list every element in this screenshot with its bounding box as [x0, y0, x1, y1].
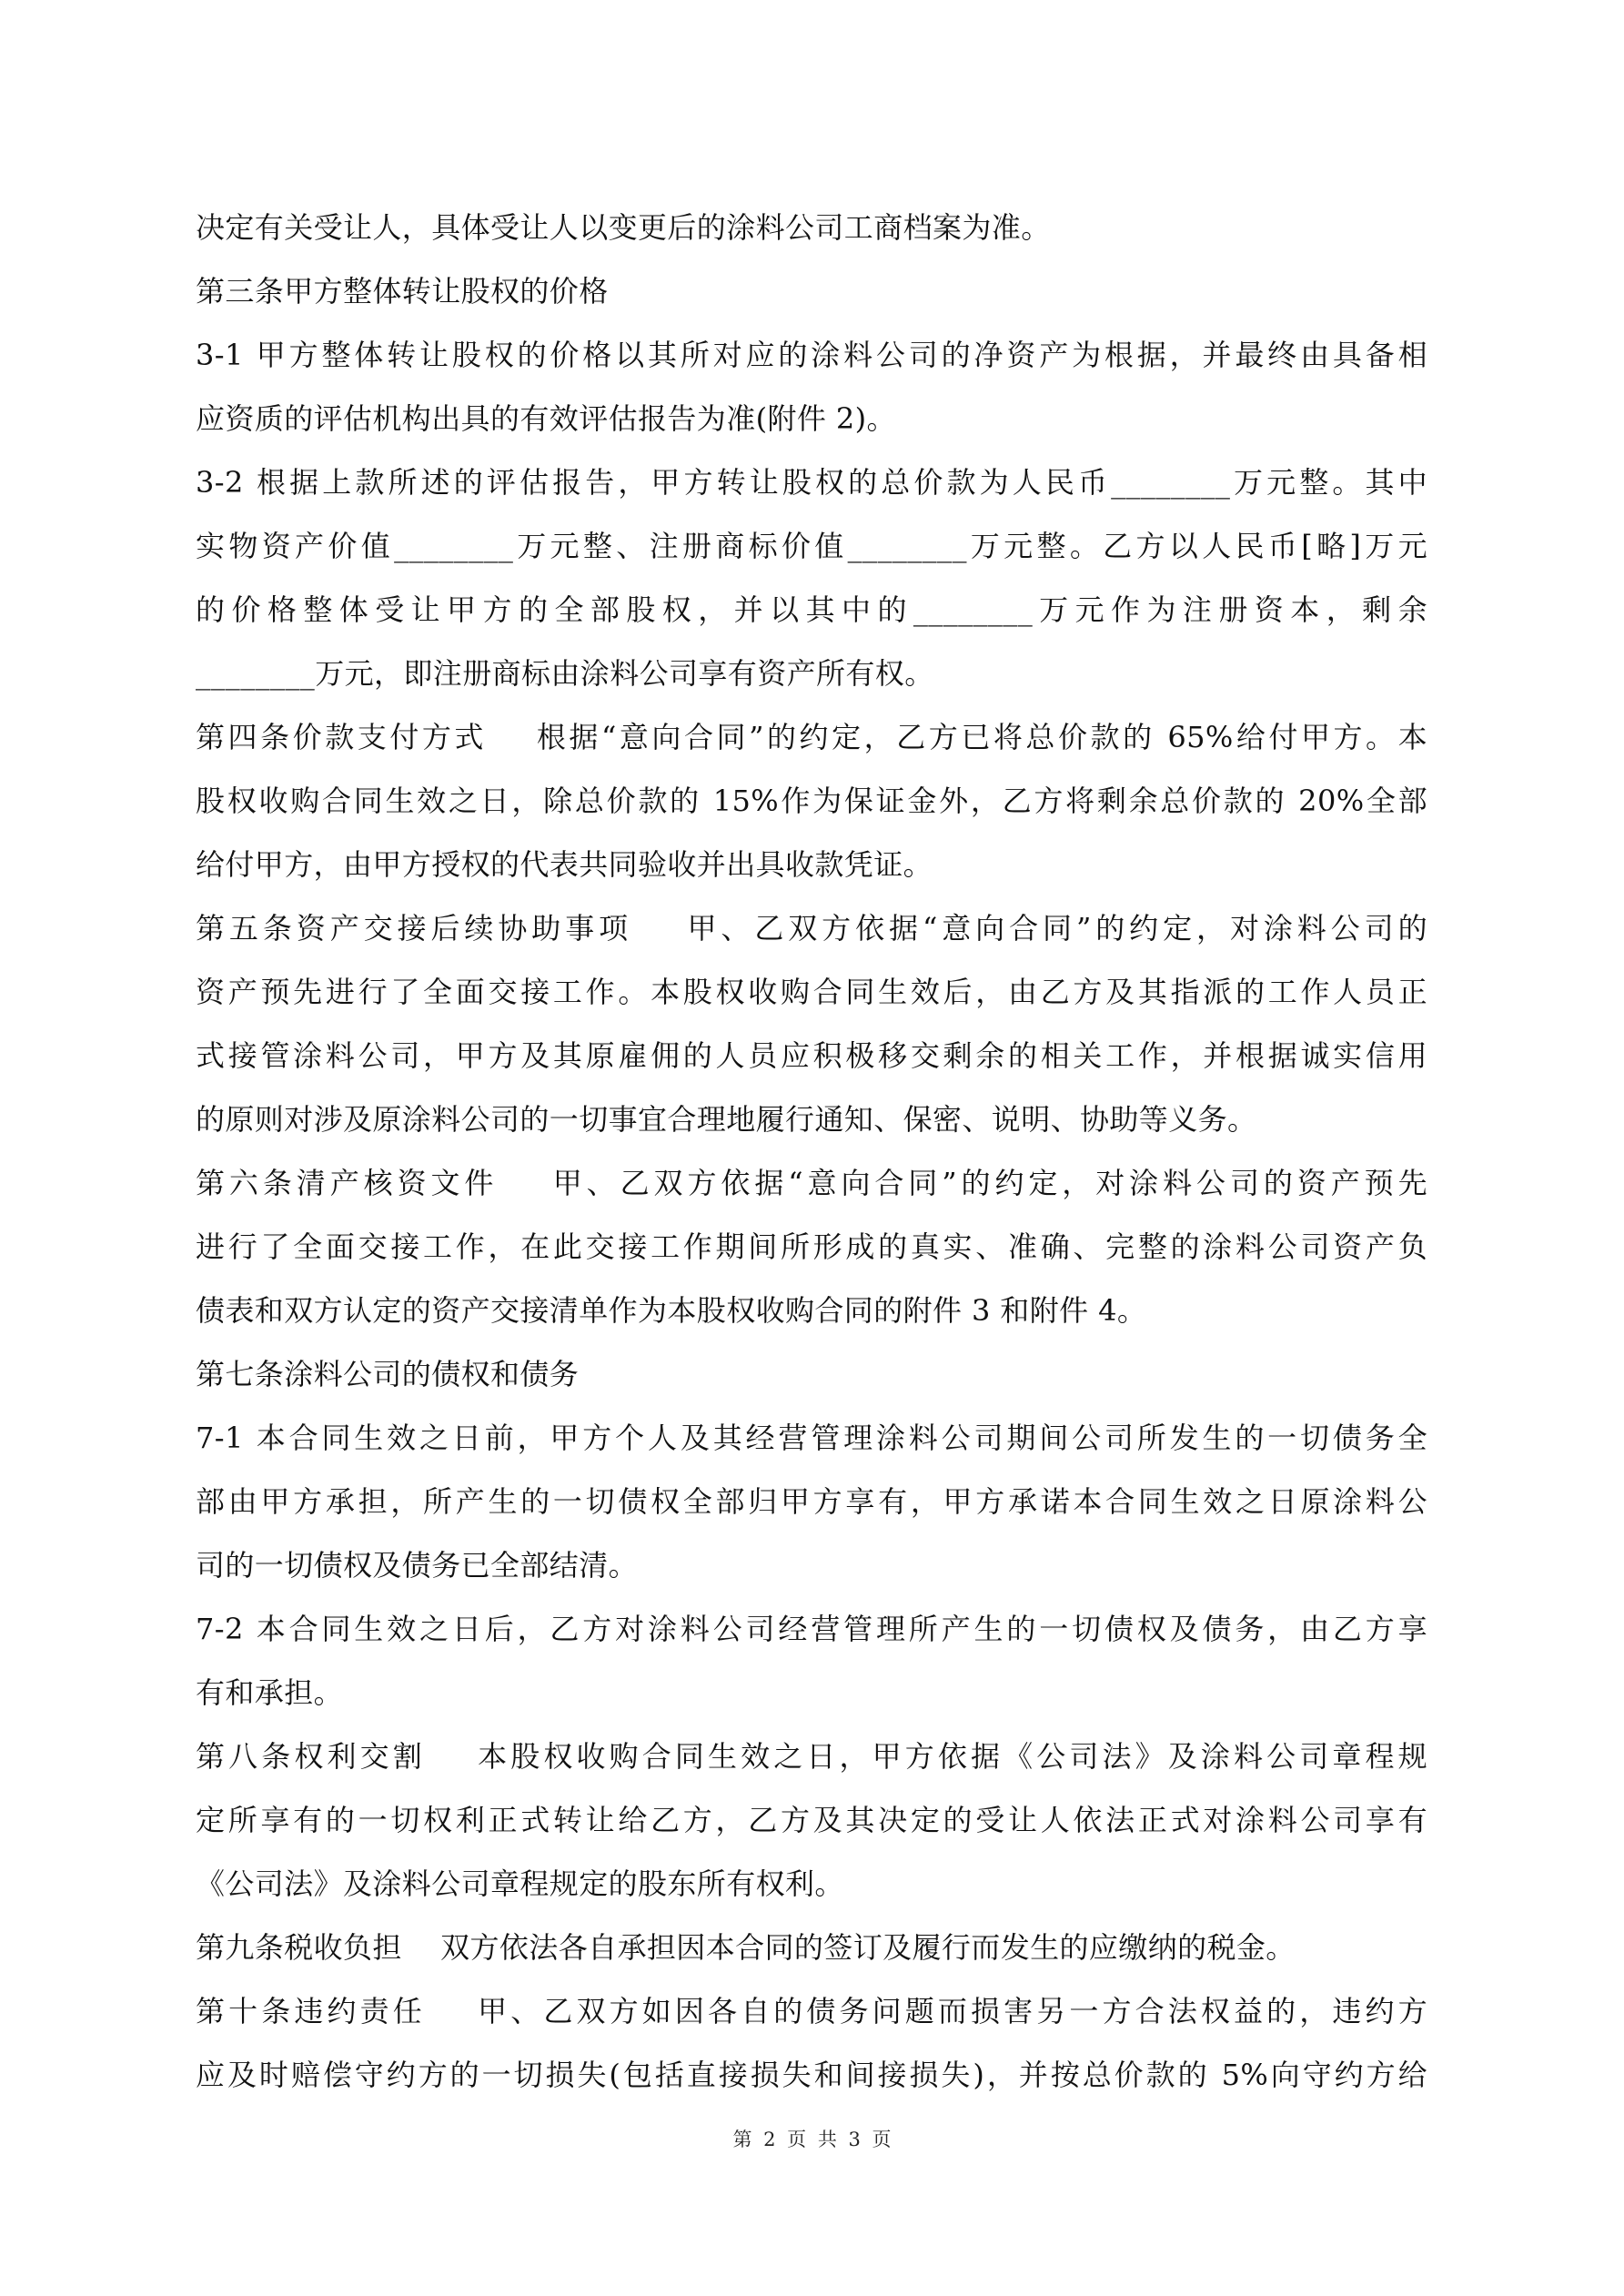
contract-body: 决定有关受让人，具体受让人以变更后的涂料公司工商档案为准。 第三条甲方整体转让股… [196, 207, 1427, 2119]
text-line-30: 应及时赔偿守约方的一切损失(包括直接损失和间接损失)，并按总价款的 5%向守约方… [196, 2055, 1427, 2119]
article-4-line: 第四条价款支付方式 根据“意向合同”的约定，乙方已将总价款的 65%给付甲方。本 [196, 717, 1427, 781]
text-line-20: 7-1 本合同生效之日前，甲方个人及其经营管理涂料公司期间公司所发生的一切债务全 [196, 1418, 1427, 1482]
text-line-21: 部由甲方承担，所产生的一切债权全部归甲方享有，甲方承诺本合同生效之日原涂料公 [196, 1482, 1427, 1545]
article-8-line: 第八条权利交割 本股权收购合同生效之日，甲方依据《公司法》及涂料公司章程规 [196, 1736, 1427, 1800]
article-9-line: 第九条税收负担 双方依法各自承担因本合同的签订及履行而发生的应缴纳的税金。 [196, 1927, 1427, 1991]
text-line-3: 3-1 甲方整体转让股权的价格以其所对应的涂料公司的净资产为根据，并最终由具备相 [196, 335, 1427, 399]
article-7-heading: 第七条涂料公司的债权和债务 [196, 1354, 1427, 1418]
text-line-24: 有和承担。 [196, 1673, 1427, 1736]
text-line-7: 的价格整体受让甲方的全部股权，并以其中的________万元作为注册资本，剩余 [196, 590, 1427, 653]
text-line-22: 司的一切债权及债务已全部结清。 [196, 1545, 1427, 1609]
text-line-8: ________万元，即注册商标由涂料公司享有资产所有权。 [196, 653, 1427, 717]
article-10-line: 第十条违约责任 甲、乙双方如因各自的债务问题而损害另一方合法权益的，违约方 [196, 1991, 1427, 2055]
article-6-line: 第六条清产核资文件 甲、乙双方依据“意向合同”的约定，对涂料公司的资产预先 [196, 1163, 1427, 1227]
text-line-13: 资产预先进行了全面交接工作。本股权收购合同生效后，由乙方及其指派的工作人员正 [196, 972, 1427, 1036]
text-line-27: 《公司法》及涂料公司章程规定的股东所有权利。 [196, 1864, 1427, 1927]
page-number-footer: 第 2 页 共 3 页 [0, 2126, 1624, 2153]
text-line-26: 定所享有的一切权利正式转让给乙方，乙方及其决定的受让人依法正式对涂料公司享有 [196, 1800, 1427, 1864]
text-line-6: 实物资产价值________万元整、注册商标价值________万元整。乙方以人… [196, 526, 1427, 590]
text-line-17: 进行了全面交接工作，在此交接工作期间所形成的真实、准确、完整的涂料公司资产负 [196, 1227, 1427, 1290]
text-line-11: 给付甲方，由甲方授权的代表共同验收并出具收款凭证。 [196, 845, 1427, 908]
text-line-15: 的原则对涉及原涂料公司的一切事宜合理地履行通知、保密、说明、协助等义务。 [196, 1099, 1427, 1163]
article-3-heading: 第三条甲方整体转让股权的价格 [196, 271, 1427, 335]
text-line-23: 7-2 本合同生效之日后，乙方对涂料公司经营管理所产生的一切债权及债务，由乙方享 [196, 1609, 1427, 1673]
text-line-4: 应资质的评估机构出具的有效评估报告为准(附件 2)。 [196, 399, 1427, 462]
text-line-1: 决定有关受让人，具体受让人以变更后的涂料公司工商档案为准。 [196, 207, 1427, 271]
text-line-10: 股权收购合同生效之日，除总价款的 15%作为保证金外，乙方将剩余总价款的 20%… [196, 781, 1427, 845]
text-line-5: 3-2 根据上款所述的评估报告，甲方转让股权的总价款为人民币________万元… [196, 462, 1427, 526]
article-5-line: 第五条资产交接后续协助事项 甲、乙双方依据“意向合同”的约定，对涂料公司的 [196, 908, 1427, 972]
text-line-18: 债表和双方认定的资产交接清单作为本股权收购合同的附件 3 和附件 4。 [196, 1290, 1427, 1354]
document-page: 决定有关受让人，具体受让人以变更后的涂料公司工商档案为准。 第三条甲方整体转让股… [0, 0, 1624, 2296]
text-line-14: 式接管涂料公司，甲方及其原雇佣的人员应积极移交剩余的相关工作，并根据诚实信用 [196, 1036, 1427, 1099]
